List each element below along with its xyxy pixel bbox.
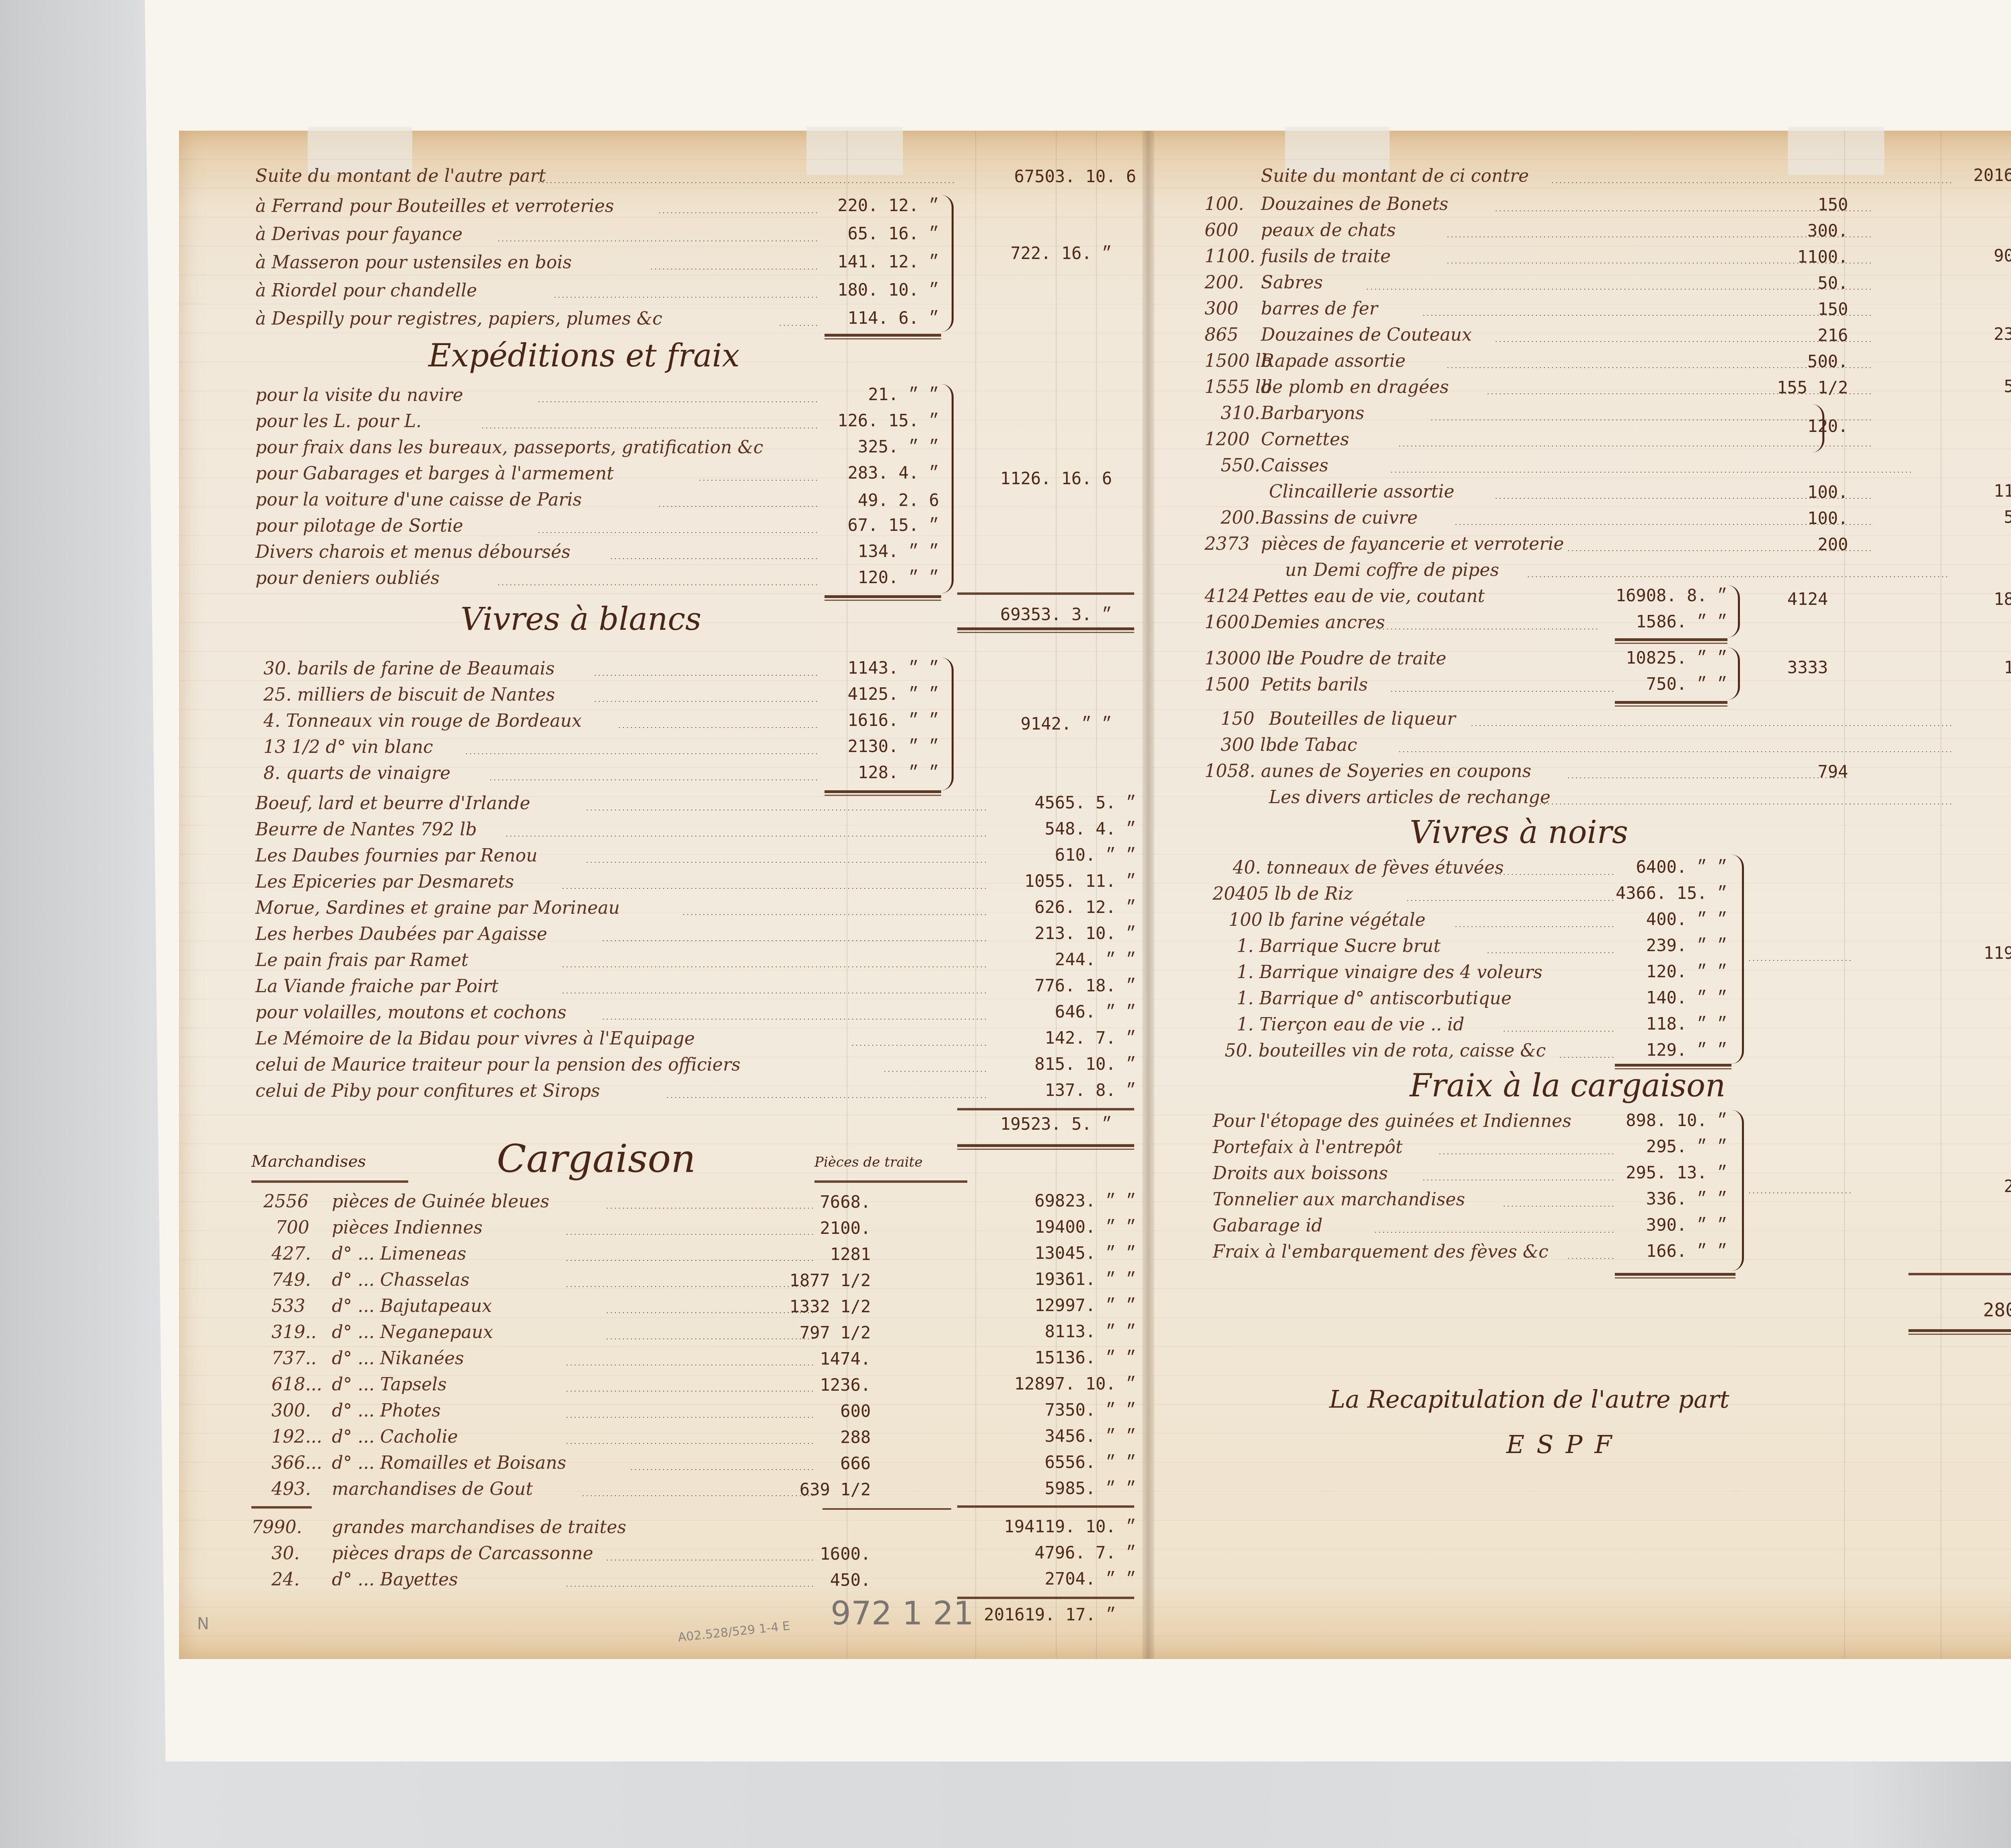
cargo-row: 319..d° ... Neganepaux797 1/28113. ״ ״ — [251, 1319, 1136, 1345]
ledger-row: Le pain frais par Ramet244. ״ ״ — [255, 947, 1136, 973]
ledger-row: à Masseron pour ustensiles en bois141. 1… — [255, 249, 939, 275]
ledger-row: 1. Barrique vinaigre des 4 voleurs120. ״… — [1213, 959, 1727, 985]
bracket-icon — [1727, 585, 1740, 637]
cargo-row: 300.d° ... Photes6007350. ״ ״ — [251, 1398, 1136, 1423]
ledger-row: pour la voiture d'une caisse de Paris49.… — [255, 487, 939, 512]
ledger-row: pour fraix dans les bureaux, passeports,… — [255, 434, 939, 460]
ledger-row: 4124Pettes eau de vie, coutant16908. 8. … — [1205, 583, 1727, 609]
column-header-pieces: Pièces de traite — [814, 1154, 923, 1170]
ledger-row: 550.Caisses3375. ״ ״ — [1205, 452, 2011, 478]
ledger-row: 1058.aunes de Soyeries en coupons7945555… — [1205, 758, 2011, 784]
ledger-row: Divers charois et menus déboursés134. ״ … — [255, 539, 939, 565]
ledger-sheet: Suite du montant de l'autre part 67503. … — [179, 131, 2011, 1659]
ledger-row: 8. quarts de vinaigre128. ״ ״ — [263, 760, 939, 786]
ledger-row: 310.Barbaryons465. ״ ״ — [1205, 400, 2011, 426]
ledger-row: 20405 lb de Riz4366. 15. ״ — [1213, 881, 1727, 907]
carried-forward-row: Suite du montant de l'autre part 67503. … — [255, 163, 1136, 189]
ledger-row: pour pilotage de Sortie67. 15. ״ — [255, 513, 939, 539]
cargo-row: 192...d° ... Cacholie2883456. ״ ״ — [251, 1424, 1136, 1449]
cargo-row: 366...d° ... Romailles et Boisans6666556… — [251, 1450, 1136, 1476]
cargo-summary-row: 7990.grandes marchandises de traites1941… — [251, 1514, 1136, 1540]
section-heading-cargaison: Cargaison — [497, 1136, 696, 1181]
ledger-row: 1. Barrique Sucre brut239. ״ ״ — [1213, 933, 1727, 959]
ledger-row: à Riordel pour chandelle180. 10. ״ — [255, 278, 939, 303]
ledger-row: 150Bouteilles de liqueur300. ״ ״ — [1205, 706, 2011, 732]
ledger-row: 865Douzaines de Couteaux2162378. 15. ״ — [1205, 322, 2011, 347]
ledger-row: Les divers articles de rechange5039. ״ ״ — [1205, 784, 2011, 810]
ledger-row: Les Daubes fournies par Renou610. ״ ״ — [255, 843, 1136, 868]
ledger-row: 600peaux de chats300.600. ״ ״ — [1205, 217, 2011, 243]
ledger-row: Portefaix à l'entrepôt295. ״ ״ — [1213, 1134, 1727, 1160]
grand-total: 280836. ״ ״ — [1900, 1299, 2011, 1657]
ledger-row: Beurre de Nantes 792 lb548. 4. ״ — [255, 816, 1136, 842]
ledger-row: Morue, Sardines et graine par Morineau62… — [255, 895, 1136, 921]
ledger-row: Pour l'étopage des guinées et Indiennes8… — [1213, 1108, 1727, 1134]
signature: ESPF — [1506, 1430, 1624, 1459]
ledger-row: 300 lbde Tabac180. ״ ״ — [1205, 732, 2011, 758]
cargo-row: 24.d° ... Bayettes450.2704. ״ ״ — [251, 1566, 1136, 1592]
cargo-row: 30.pièces draps de Carcassonne1600.4796.… — [251, 1540, 1136, 1566]
ledger-row: Fraix à l'embarquement des fèves &c166. … — [1213, 1239, 1727, 1264]
ledger-row: Les herbes Daubées par Agaisse213. 10. ״ — [255, 921, 1136, 947]
ledger-row: pour Gabarages et barges à l'armement283… — [255, 460, 939, 486]
bracket-icon — [1731, 1110, 1744, 1271]
ledger-row: 13000 lbde Poudre de traite10825. ״ ״ — [1205, 645, 1727, 671]
ledger-row: 30. barils de farine de Beaumais1143. ״ … — [263, 656, 939, 681]
carried-forward-row: Suite du montant de ci contre 201619. 17… — [1205, 163, 2011, 189]
row-total: 67503. 10. 6 — [1014, 167, 1136, 186]
section-heading-vivres-blancs: Vivres à blancs — [461, 601, 701, 637]
bracket-icon — [941, 658, 954, 790]
cargo-row: 700pièces Indiennes2100.19400. ״ ״ — [251, 1215, 1136, 1240]
ledger-row: celui de Maurice traiteur pour la pensio… — [255, 1052, 1136, 1077]
ledger-row: celui de Piby pour confitures et Sirops1… — [255, 1078, 1136, 1104]
ledger-row: Clincaillerie assortie100.1115. 12. ״ — [1205, 479, 2011, 504]
ledger-row: Gabarage id390. ״ ״ — [1213, 1213, 1727, 1238]
ledger-row: 1500Petits barils750. ״ ״ — [1205, 672, 1727, 697]
section-heading-fraix-cargaison: Fraix à la cargaison — [1410, 1068, 1725, 1104]
ledger-row: Tonnelier aux marchandises336. ״ ״ — [1213, 1186, 1727, 1212]
cargo-row: 533d° ... Bajutapeaux1332 1/212997. ״ ״ — [251, 1293, 1136, 1319]
ledger-row: 1100.fusils de traite1100.9083. 15. ״ — [1205, 243, 2011, 269]
left-page: Suite du montant de l'autre part 67503. … — [179, 131, 1144, 1659]
ledger-row: Le Mémoire de la Bidau pour vivres à l'E… — [255, 1026, 1136, 1051]
ledger-row: 100 lb farine végétale400. ״ ״ — [1213, 907, 1727, 933]
section-heading-vivres-noirs: Vivres à noirs — [1410, 814, 1628, 851]
bracket-icon — [941, 195, 954, 332]
ledger-row: à Ferrand pour Bouteilles et verroteries… — [255, 193, 939, 219]
right-page: + ~ 2 Suite du montant de ci contre 2016… — [1152, 131, 2011, 1659]
ledger-row: 200.Bassins de cuivre100.537. 12. ״ — [1205, 505, 2011, 530]
cargo-row: 737..d° ... Nikanées1474.15136. ״ ״ — [251, 1345, 1136, 1371]
ledger-row: à Despilly pour registres, papiers, plum… — [255, 306, 939, 331]
ledger-row: 1200Cornettes120.600. ״ ״ — [1205, 426, 2011, 452]
ledger-row: 40. tonneaux de fèves étuvées6400. ״ ״ — [1213, 855, 1727, 880]
ledger-row: 300barres de fer1501050. ״ ״ — [1205, 296, 2011, 321]
ledger-row: 4. Tonneaux vin rouge de Bordeaux1616. ״… — [263, 708, 939, 734]
ledger-row: 25. milliers de biscuit de Nantes4125. ״… — [263, 682, 939, 707]
ledger-row: 50. bouteilles vin de rota, caisse &c129… — [1213, 1038, 1727, 1063]
cargo-row: 427.d° ... Limeneas128113045. ״ ״ — [251, 1241, 1136, 1266]
recapitulation-note: La Recapitulation de l'autre part — [1329, 1385, 1729, 1414]
ledger-row: 1600.Demies ancres1586. ״ ״ — [1205, 609, 1727, 635]
ledger-row: 1. Barrique d° antiscorbutique140. ״ ״ — [1213, 985, 1727, 1011]
ledger-row: 2373pièces de fayancerie et verroterie20… — [1205, 531, 2011, 557]
bracket-icon — [941, 384, 954, 593]
cargo-row: 618...d° ... Tapsels1236.12897. 10. ״ — [251, 1371, 1136, 1397]
bracket-icon — [1731, 855, 1744, 1064]
ledger-row: 100.Douzaines de Bonets150900. ״ ״ — [1205, 191, 2011, 217]
archive-stamp: 972 1 21 — [831, 1595, 974, 1632]
cargo-row: 749.d° ... Chasselas1877 1/219361. ״ ״ — [251, 1267, 1136, 1293]
ledger-row: La Viande fraiche par Poirt776. 18. ״ — [255, 973, 1136, 999]
ledger-row: pour deniers oubliés120. ״ ״ — [255, 565, 939, 591]
ledger-row: Les Epiceries par Desmarets1055. 11. ״ — [255, 869, 1136, 894]
section-heading-expeditions: Expéditions et fraix — [428, 338, 740, 374]
bracket-icon — [1727, 648, 1740, 700]
ledger-row: pour les L. pour L.126. 15. ״ — [255, 408, 939, 434]
ledger-row: pour la visite du navire21. ״ ״ — [255, 382, 939, 408]
row-label: Suite du montant de l'autre part — [255, 166, 546, 186]
ledger-row: un Demi coffre de pipes36. ״ ״ — [1205, 557, 2011, 583]
ledger-row: 1555 lbde plomb en dragées155 1/2528. 14… — [1205, 374, 2011, 400]
ledger-row: 1. Tierçon eau de vie .. id118. ״ ״ — [1213, 1011, 1727, 1037]
corner-mark: N — [197, 1615, 209, 1633]
ledger-row: Boeuf, lard et beurre d'Irlande4565. 5. … — [255, 790, 1136, 816]
cargo-row: 493.marchandises de Gout639 1/25985. ״ ״ — [251, 1476, 1136, 1502]
ledger-row: à Derivas pour fayance65. 16. ״ — [255, 221, 939, 247]
bracket-icon — [1812, 404, 1824, 452]
column-header-merchandise: Marchandises — [251, 1152, 366, 1171]
ledger-row: 1500 lbRapade assortie500.1950. ״ ״ — [1205, 348, 2011, 374]
ledger-row: pour volailles, moutons et cochons646. ״… — [255, 999, 1136, 1025]
ledger-row: Droits aux boissons295. 13. ״ — [1213, 1160, 1727, 1186]
ledger-row: 200.Sabres50.550. ״ ״ — [1205, 269, 2011, 295]
archive-reference: A02.528/529 1-4 E — [677, 1619, 791, 1644]
cargo-row: 2556pièces de Guinée bleues7668.69823. ״… — [251, 1188, 1136, 1214]
ledger-row: 13 1/2 d° vin blanc2130. ״ ״ — [263, 734, 939, 760]
